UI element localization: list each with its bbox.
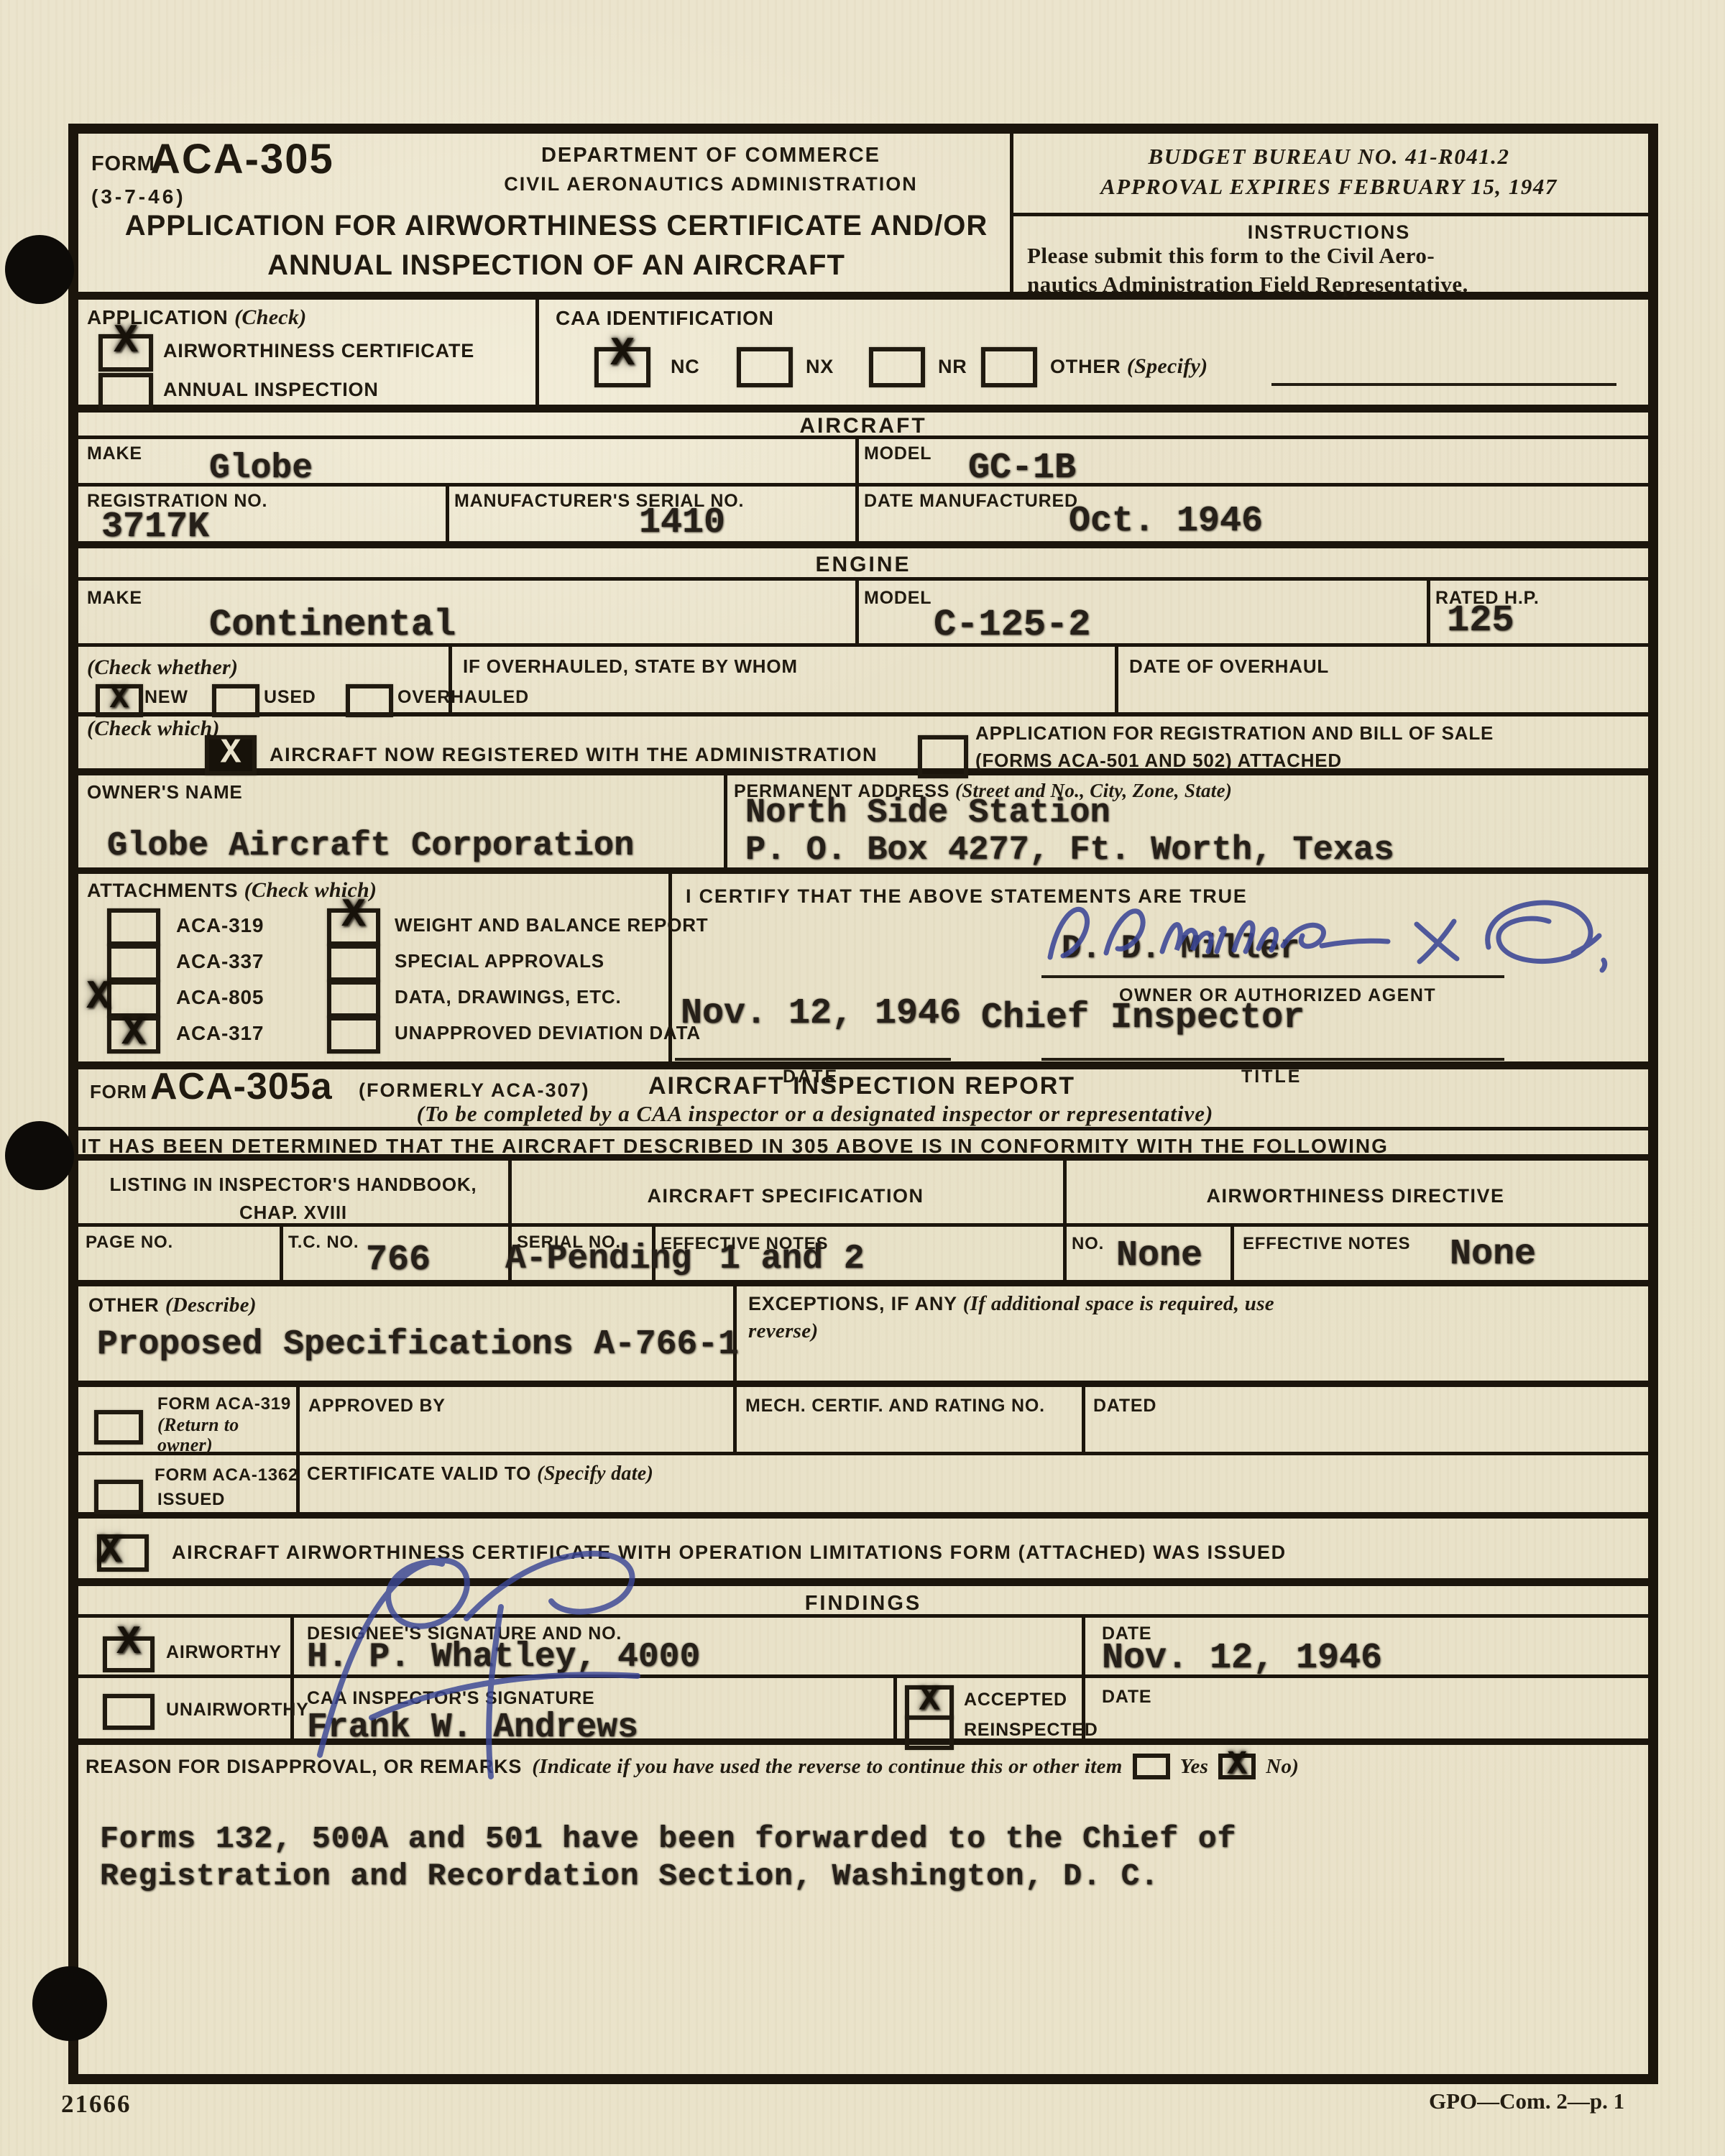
- divider: [1010, 213, 1648, 216]
- check-mark: X: [919, 1684, 940, 1718]
- form-number-label: FORM: [91, 152, 155, 176]
- reason-row: REASON FOR DISAPPROVAL, OR REMARKS (Indi…: [78, 1745, 1648, 1789]
- check-mark: X: [86, 977, 111, 1017]
- aircraft-make-label: MAKE: [87, 443, 142, 464]
- checkbox-registered[interactable]: X: [205, 735, 257, 775]
- findings-inspector-row: X UNAIRWORTHY CAA INSPECTOR'S SIGNATURE …: [78, 1678, 1648, 1745]
- no-label: No): [1266, 1755, 1299, 1779]
- date-line: [675, 1058, 951, 1061]
- divider: [733, 1387, 737, 1452]
- owner-name-value: Globe Aircraft Corporation: [107, 827, 634, 865]
- budget-line1: BUDGET BUREAU NO. 41-R041.2: [1010, 144, 1648, 170]
- directive-notes-label: EFFECTIVE NOTES: [1243, 1234, 1410, 1254]
- form-revision: (3-7-46): [91, 185, 186, 208]
- directive-notes-value: None: [1450, 1234, 1536, 1275]
- checkbox-aca-319[interactable]: X: [107, 908, 160, 946]
- determination-band: IT HAS BEEN DETERMINED THAT THE AIRCRAFT…: [78, 1130, 1648, 1161]
- used-label: USED: [264, 687, 316, 708]
- aca1362-row: X FORM ACA-1362 ISSUED CERTIFICATE VALID…: [78, 1455, 1648, 1519]
- engine-model-label: MODEL: [864, 588, 931, 609]
- reinspected-label: REINSPECTED: [964, 1720, 1098, 1741]
- form-title: APPLICATION FOR AIRWORTHINESS CERTIFICAT…: [78, 210, 1034, 282]
- inspection-form-number: ACA-305a: [150, 1065, 333, 1108]
- tc-no-label: T.C. NO.: [288, 1233, 359, 1253]
- form-number: ACA-305: [150, 135, 334, 183]
- weight-balance-label: WEIGHT AND BALANCE REPORT: [395, 914, 708, 936]
- checkbox-unapproved-deviation[interactable]: X: [327, 1016, 380, 1054]
- exceptions-label-line2: reverse): [748, 1319, 818, 1343]
- overhauled-label: OVERHAULED: [397, 687, 529, 708]
- instructions-body: Please submit this form to the Civil Aer…: [1027, 243, 1648, 298]
- airworthiness-certificate-label: AIRWORTHINESS CERTIFICATE: [163, 340, 474, 362]
- reason-label: REASON FOR DISAPPROVAL, OR REMARKS: [86, 1756, 522, 1778]
- check-mark: X: [610, 333, 635, 374]
- caa-inspector-signature-label: CAA INSPECTOR'S SIGNATURE: [307, 1688, 595, 1709]
- owner-signature-typed: D. D. Miller: [1062, 930, 1299, 967]
- check-mark: X: [110, 683, 129, 715]
- inspection-date-label: DATE: [1102, 1687, 1151, 1708]
- check-mark: X: [116, 1623, 141, 1663]
- aircraft-make-row: MAKE Globe MODEL GC-1B: [78, 439, 1648, 487]
- agency-block: DEPARTMENT OF COMMERCE CIVIL AERONAUTICS…: [438, 144, 984, 195]
- divider: [290, 1618, 294, 1674]
- date-of-overhaul-label: DATE OF OVERHAUL: [1129, 655, 1329, 678]
- inspection-title: AIRCRAFT INSPECTION REPORT: [648, 1072, 1075, 1100]
- inspection-subtitle: (To be completed by a CAA inspector or a…: [417, 1101, 1214, 1126]
- accepted-label: ACCEPTED: [964, 1690, 1067, 1710]
- form-aca-319-note2: owner): [157, 1434, 213, 1456]
- checkbox-new[interactable]: X: [96, 684, 143, 717]
- checkbox-nr[interactable]: X: [869, 347, 925, 387]
- punch-hole: [5, 1121, 74, 1190]
- findings-airworthy-row: X AIRWORTHY DESIGNEE'S SIGNATURE AND NO.…: [78, 1618, 1648, 1678]
- divider: [1082, 1618, 1085, 1674]
- engine-make-row: MAKE Continental MODEL C-125-2 RATED H.P…: [78, 581, 1648, 647]
- header-row: FORM ACA-305 (3-7-46) DEPARTMENT OF COMM…: [78, 134, 1648, 300]
- approved-by-label: APPROVED BY: [308, 1396, 446, 1416]
- aircraft-make-value: Globe: [209, 449, 313, 488]
- divider: [508, 1161, 512, 1223]
- certification-date-value: Nov. 12, 1946: [681, 993, 961, 1034]
- airworthiness-directive-header: AIRWORTHINESS DIRECTIVE: [1206, 1185, 1504, 1207]
- special-approvals-label: SPECIAL APPROVALS: [395, 950, 604, 972]
- registration-status-row: (Check which) X AIRCRAFT NOW REGISTERED …: [78, 717, 1648, 775]
- data-drawings-label: DATA, DRAWINGS, ETC.: [395, 986, 621, 1008]
- yes-label: Yes: [1180, 1755, 1209, 1779]
- checkbox-airworthiness-certificate[interactable]: X: [98, 334, 153, 372]
- divider: [296, 1387, 300, 1452]
- reason-note: (Indicate if you have used the reverse t…: [532, 1755, 1122, 1779]
- aca-319-label: ACA-319: [176, 914, 264, 937]
- inspection-header-row: FORM ACA-305a (FORMERLY ACA-307) AIRCRAF…: [78, 1069, 1648, 1130]
- determination-text: IT HAS BEEN DETERMINED THAT THE AIRCRAFT…: [81, 1135, 1389, 1158]
- checkbox-certificate-issued[interactable]: X: [97, 1534, 149, 1572]
- other-describe-value: Proposed Specifications A-766-1: [97, 1325, 739, 1364]
- check-mark: X: [114, 321, 138, 361]
- engine-section-title: ENGINE: [815, 553, 911, 576]
- checkbox-unairworthy[interactable]: X: [103, 1694, 155, 1730]
- check-whether-label: (Check whether): [87, 655, 238, 680]
- checkbox-yes[interactable]: X: [1133, 1754, 1170, 1779]
- findings-title: FINDINGS: [805, 1592, 922, 1615]
- engine-make-label: MAKE: [87, 588, 142, 609]
- checkbox-form-aca-1362[interactable]: X: [94, 1480, 143, 1514]
- spec-serial-value: A-Pending: [505, 1240, 691, 1279]
- other-label: OTHER (Specify): [1050, 354, 1207, 379]
- exceptions-label: EXCEPTIONS, IF ANY (If additional space …: [748, 1292, 1274, 1316]
- divider: [280, 1227, 283, 1280]
- instructions-title: INSTRUCTIONS: [1248, 221, 1411, 243]
- form-aca-305: FORM ACA-305 (3-7-46) DEPARTMENT OF COMM…: [68, 124, 1658, 2084]
- rated-hp-value: 125: [1447, 599, 1514, 642]
- checkbox-no[interactable]: X: [1218, 1754, 1256, 1779]
- designee-signature-typed: H. P. Whatley, 4000: [307, 1638, 700, 1677]
- engine-section-band: ENGINE: [78, 548, 1648, 581]
- address-line1: North Side Station: [745, 794, 1110, 832]
- handbook-header-line2: CHAP. XVIII: [78, 1202, 508, 1224]
- dated-label: DATED: [1093, 1396, 1156, 1416]
- unapproved-deviation-label: UNAPPROVED DEVIATION DATA: [395, 1022, 701, 1044]
- checkbox-airworthy[interactable]: X: [103, 1636, 155, 1672]
- remarks-line1: Forms 132, 500A and 501 have been forwar…: [100, 1821, 1236, 1856]
- divider: [1230, 1227, 1234, 1280]
- divider: [855, 439, 859, 483]
- agent-line: [1041, 975, 1504, 978]
- aca-317-label: ACA-317: [176, 1022, 264, 1045]
- certification-title-value: Chief Inspector: [981, 998, 1305, 1038]
- aircraft-model-value: GC-1B: [968, 448, 1076, 489]
- caa-inspector-signature-typed: Frank W. Andrews: [307, 1708, 638, 1747]
- certify-statement: I CERTIFY THAT THE ABOVE STATEMENTS ARE …: [686, 885, 1248, 908]
- form-title-line1: APPLICATION FOR AIRWORTHINESS CERTIFICAT…: [78, 210, 1034, 242]
- nc-label: NC: [671, 356, 700, 378]
- budget-line2: APPROVAL EXPIRES FEBRUARY 15, 1947: [1010, 174, 1648, 200]
- application-row: APPLICATION (Check) X AIRWORTHINESS CERT…: [78, 300, 1648, 413]
- aircraft-specification-header: AIRCRAFT SPECIFICATION: [648, 1185, 924, 1207]
- registration-no-value: 3717K: [101, 507, 209, 548]
- aircraft-model-label: MODEL: [864, 443, 931, 464]
- handbook-header-line1: LISTING IN INSPECTOR'S HANDBOOK,: [78, 1174, 508, 1196]
- check-mark: X: [221, 737, 241, 771]
- checkbox-special-approvals[interactable]: X: [327, 944, 380, 982]
- agency-line1: DEPARTMENT OF COMMERCE: [438, 144, 984, 167]
- check-mark: X: [98, 1531, 122, 1571]
- engine-model-value: C-125-2: [934, 604, 1090, 646]
- divider: [1082, 1387, 1085, 1452]
- divider: [855, 487, 859, 541]
- other-row: OTHER (Describe) Proposed Specifications…: [78, 1286, 1648, 1387]
- inspection-formerly: (FORMERLY ACA-307): [359, 1079, 590, 1102]
- instructions-line1: Please submit this form to the Civil Aer…: [1027, 243, 1648, 269]
- attachments-label: ATTACHMENTS (Check which): [87, 878, 377, 903]
- divider: [724, 775, 727, 867]
- certificate-issued-row: X AIRCRAFT AIRWORTHINESS CERTIFICATE WIT…: [78, 1519, 1648, 1586]
- divider: [893, 1678, 897, 1738]
- airworthy-label: AIRWORTHY: [166, 1642, 282, 1663]
- engine-condition-row: (Check whether) X NEW USED OVERHAULED IF…: [78, 647, 1648, 717]
- caa-identification-label: CAA IDENTIFICATION: [556, 307, 774, 330]
- footer-print-number: 21666: [61, 2090, 132, 2119]
- findings-band: FINDINGS: [78, 1586, 1648, 1618]
- checkbox-aca-337[interactable]: X: [107, 944, 160, 982]
- checkbox-nc[interactable]: X: [594, 347, 650, 387]
- mech-certif-label: MECH. CERTIF. AND RATING NO.: [745, 1396, 1045, 1416]
- checkbox-weight-balance[interactable]: X: [327, 908, 380, 946]
- owner-row: OWNER'S NAME Globe Aircraft Corporation …: [78, 775, 1648, 874]
- checkbox-bill-of-sale[interactable]: X: [918, 735, 968, 778]
- tc-no-value: 766: [366, 1240, 431, 1281]
- annual-inspection-label: ANNUAL INSPECTION: [163, 379, 379, 401]
- page-no-label: PAGE NO.: [86, 1233, 173, 1253]
- date-manufactured-label: DATE MANUFACTURED: [864, 491, 1078, 512]
- instructions-line2: nautics Administration Field Representat…: [1027, 272, 1648, 298]
- engine-make-value: Continental: [209, 604, 456, 646]
- nx-label: NX: [806, 356, 834, 378]
- bill-of-sale-line1: APPLICATION FOR REGISTRATION AND BILL OF…: [975, 722, 1494, 745]
- divider: [1115, 647, 1118, 712]
- check-mark: X: [1227, 1749, 1247, 1782]
- agency-line2: CIVIL AERONAUTICS ADMINISTRATION: [438, 173, 984, 195]
- checkbox-form-aca-319[interactable]: X: [94, 1410, 143, 1445]
- certificate-issued-label: AIRCRAFT AIRWORTHINESS CERTIFICATE WITH …: [172, 1542, 1287, 1564]
- directive-no-label: NO.: [1072, 1234, 1104, 1254]
- unairworthy-label: UNAIRWORTHY: [166, 1700, 309, 1720]
- checkbox-overhauled[interactable]: [346, 684, 393, 717]
- certificate-valid-to-label: CERTIFICATE VALID TO (Specify date): [307, 1462, 653, 1485]
- registered-label: AIRCRAFT NOW REGISTERED WITH THE ADMINIS…: [270, 744, 878, 766]
- spec-notes-value: 1 and 2: [719, 1240, 865, 1279]
- aircraft-section-title: AIRCRAFT: [799, 414, 926, 438]
- form-aca-1362-label: FORM ACA-1362: [155, 1465, 298, 1485]
- budget-block: BUDGET BUREAU NO. 41-R041.2 APPROVAL EXP…: [1010, 144, 1648, 200]
- divider: [1063, 1161, 1067, 1223]
- aca319-approval-row: X FORM ACA-319 (Return to owner) APPROVE…: [78, 1387, 1648, 1455]
- checkbox-used[interactable]: [212, 684, 259, 717]
- form-aca-1362-issued: ISSUED: [157, 1490, 225, 1510]
- divider: [855, 581, 859, 643]
- aca-805-label: ACA-805: [176, 986, 264, 1009]
- checkbox-accepted[interactable]: X: [905, 1685, 954, 1720]
- checkbox-aca-317[interactable]: X: [107, 1016, 160, 1054]
- divider: [535, 300, 539, 405]
- checkbox-nx[interactable]: X: [737, 347, 793, 387]
- form-aca-319-note1: (Return to: [157, 1414, 239, 1436]
- aircraft-registration-row: REGISTRATION NO. 3717K MANUFACTURER'S SE…: [78, 487, 1648, 548]
- nr-label: NR: [938, 356, 967, 378]
- serial-no-value: 1410: [639, 502, 725, 543]
- attachments-row: ATTACHMENTS (Check which) X ACA-319 X AC…: [78, 874, 1648, 1069]
- check-mark: X: [121, 1013, 146, 1053]
- inspection-table-data: PAGE NO. T.C. NO. 766 SERIAL NO. A-Pendi…: [78, 1227, 1648, 1286]
- remarks-body: Forms 132, 500A and 501 have been forwar…: [78, 1789, 1648, 2074]
- other-specify-line[interactable]: [1271, 383, 1616, 386]
- check-mark: X: [341, 895, 366, 935]
- owner-name-label: OWNER'S NAME: [87, 781, 243, 803]
- directive-no-value: None: [1116, 1235, 1202, 1276]
- bill-of-sale-line2: (FORMS ACA-501 AND 502) ATTACHED: [975, 750, 1342, 772]
- divider: [1063, 1227, 1067, 1280]
- footer-gpo: GPO—Com. 2—p. 1: [1429, 2088, 1624, 2114]
- aca-337-label: ACA-337: [176, 950, 264, 973]
- new-label: NEW: [144, 687, 188, 708]
- check-which-label: (Check which): [87, 717, 220, 741]
- divider: [1427, 581, 1430, 643]
- punch-hole: [32, 1966, 107, 2041]
- remarks-line2: Registration and Recordation Section, Wa…: [100, 1858, 1159, 1894]
- title-line: [1041, 1058, 1504, 1061]
- form-aca-319-label: FORM ACA-319: [157, 1394, 291, 1414]
- certification-date-label: DATE: [783, 1067, 839, 1087]
- designee-date-value: Nov. 12, 1946: [1102, 1638, 1382, 1679]
- checkbox-reinspected[interactable]: X: [905, 1715, 954, 1750]
- checkbox-other[interactable]: [981, 347, 1037, 387]
- date-manufactured-value: Oct. 1946: [1069, 501, 1263, 542]
- form-title-line2: ANNUAL INSPECTION OF AN AIRCRAFT: [78, 249, 1034, 282]
- instructions-title-wrap: INSTRUCTIONS: [1010, 221, 1648, 244]
- overhauled-by-whom-label: IF OVERHAULED, STATE BY WHOM: [463, 655, 798, 678]
- punch-hole: [5, 235, 74, 304]
- other-describe-label: OTHER (Describe): [88, 1294, 257, 1317]
- divider: [446, 487, 449, 541]
- inspection-form-label: FORM: [90, 1081, 147, 1103]
- checkbox-data-drawings[interactable]: X: [327, 980, 380, 1018]
- aircraft-section-band: AIRCRAFT: [78, 413, 1648, 439]
- certification-title-label: TITLE: [1241, 1067, 1302, 1087]
- checkbox-annual-inspection[interactable]: X: [98, 373, 153, 410]
- address-line2: P. O. Box 4277, Ft. Worth, Texas: [745, 831, 1394, 870]
- inspection-table-header: LISTING IN INSPECTOR'S HANDBOOK, CHAP. X…: [78, 1161, 1648, 1227]
